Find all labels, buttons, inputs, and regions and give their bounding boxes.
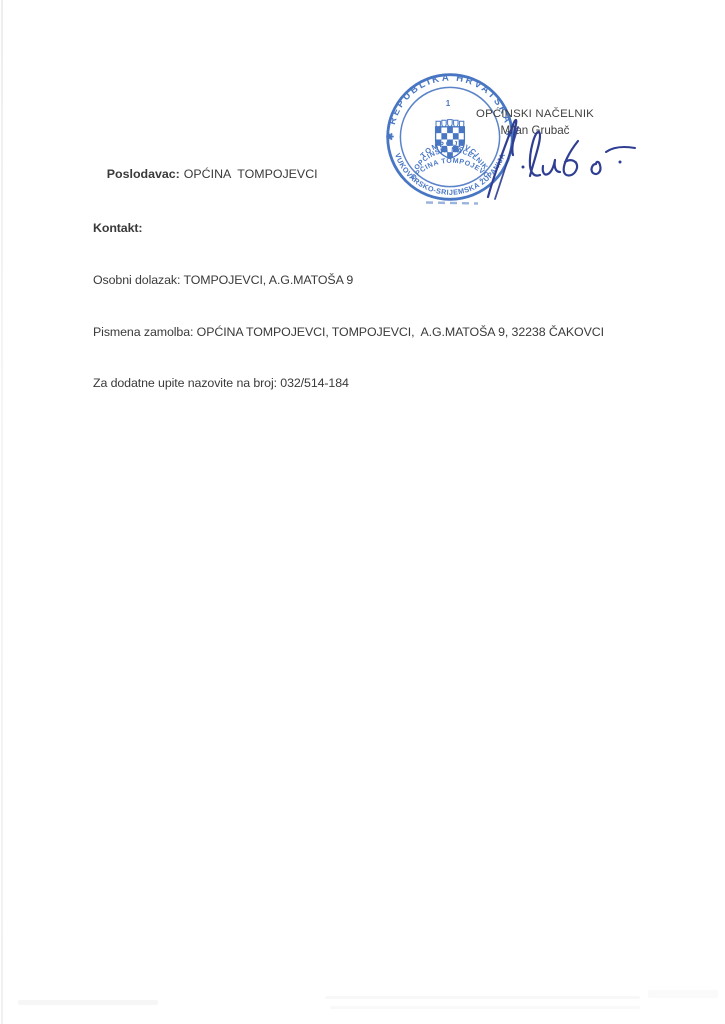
scan-edge-artifact [1, 0, 3, 1024]
scanned-document-page: ✱ REPUBLIKA HRVATSKA ✱ VUKOVARSKO-SRIJEM… [0, 0, 725, 1024]
contact-line-personal: Osobni dolazak: TOMPOJEVCI, A.G.MATOŠA 9 [93, 272, 604, 289]
scan-smudge-artifact [18, 1000, 158, 1005]
contact-section: Kontakt: Osobni dolazak: TOMPOJEVCI, A.G… [93, 186, 604, 427]
employer-label: Poslodavac: [107, 167, 184, 181]
scan-smudge-artifact [648, 990, 718, 998]
signature-scrawl [450, 105, 650, 205]
contact-line-phone: Za dodatne upite nazovite na broj: 032/5… [93, 375, 604, 392]
signature-ink-group [488, 120, 635, 199]
contact-line-written: Pismena zamolba: OPĆINA TOMPOJEVCI, TOMP… [93, 324, 604, 341]
employer-value: OPĆINA TOMPOJEVCI [184, 167, 318, 181]
scan-smudge-artifact [325, 996, 640, 999]
contact-heading: Kontakt: [93, 220, 604, 237]
scan-smudge-artifact [330, 1006, 640, 1009]
